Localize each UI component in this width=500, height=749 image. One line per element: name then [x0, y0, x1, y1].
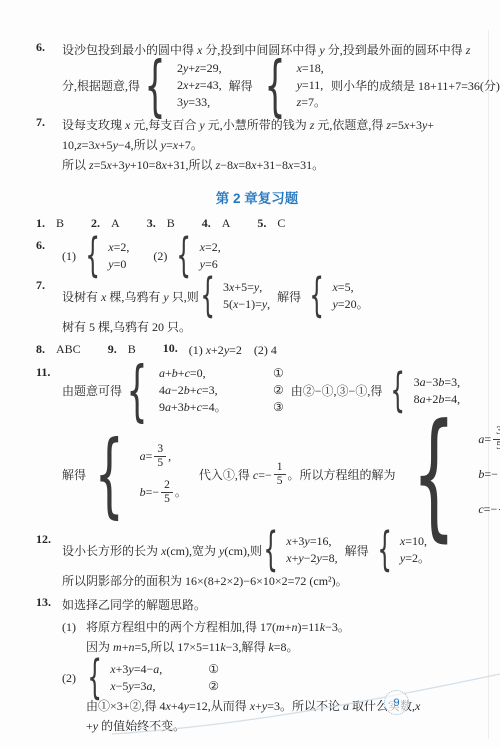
- left-brace: {: [391, 373, 406, 409]
- equation: y=11,: [297, 77, 326, 94]
- problem-7-solution: 7. 设每支玫瑰 x 元,每支百合 y 元,小慧所带的钱为 z 元,依题意,得 …: [36, 115, 478, 175]
- equation-system: { x=18, y=11, z=7。: [260, 60, 326, 111]
- answer-number: 10.: [163, 341, 178, 358]
- solution-text: 10,z=3x+5y−4,所以 y=x+7。: [62, 135, 478, 155]
- page-content: 6. 设沙包投到最小的圆中得 x 分,投到中间圆环中得 y 分,投到最外面的圆环…: [36, 40, 478, 740]
- solution-text: 如选择乙同学的解题思路。: [62, 595, 478, 615]
- part-label: (2): [153, 249, 167, 264]
- answer-letter: B: [56, 216, 64, 231]
- decorative-curve: [0, 660, 500, 749]
- solution-text: 则小华的成绩是 18+11+7=36(分)。: [331, 77, 500, 94]
- answer-number: 5.: [257, 216, 266, 231]
- equation: x+3y=16,: [286, 533, 337, 550]
- solution-text: 所以 z=5x+3y+10=8x+31,所以 z−8x=8x+31−8x=31。: [62, 155, 478, 175]
- problem-number: 7.: [36, 278, 62, 293]
- part-label: (1): [62, 249, 76, 264]
- answer-letter: A: [111, 216, 120, 231]
- answer-item: 8.ABC: [36, 342, 81, 357]
- left-brace: {: [95, 439, 124, 511]
- denominator: 5: [274, 475, 286, 488]
- solution-text: 将原方程组中的两个方程相加,得 17(m+n)=11k−3。: [86, 617, 350, 637]
- left-brace: {: [145, 60, 166, 111]
- left-brace: {: [310, 278, 325, 314]
- part-1: (1) 将原方程组中的两个方程相加,得 17(m+n)=11k−3。 因为 m+…: [62, 617, 478, 657]
- equation-system: { 2y+z=29, 2x+z=43, 3y=33,: [140, 60, 222, 111]
- equation: x=2,: [200, 239, 221, 256]
- answer-number: 9.: [108, 342, 117, 357]
- problem-number: 7.: [36, 115, 62, 130]
- equation-row: (1) { x=2, y=0 (2) { x=2, y=6: [62, 238, 478, 274]
- solution-text: 解得: [62, 466, 86, 483]
- answer-letter: C: [277, 216, 285, 231]
- problem-body: 设沙包投到最小的圆中得 x 分,投到中间圆环中得 y 分,投到最外面的圆环中得 …: [62, 40, 478, 111]
- equation: x=18,: [297, 60, 326, 77]
- equation: y=20。: [332, 296, 368, 313]
- equation-system: { 3x+5=y, 5(x−1)=y,: [199, 278, 270, 314]
- answer-text: (1) x+2y=2 (2) 4: [189, 341, 277, 358]
- equation-system: { x=2, y=0: [84, 238, 129, 274]
- denominator: 5: [493, 440, 500, 453]
- left-brace: {: [177, 238, 192, 274]
- answer-letter: A: [222, 216, 231, 231]
- solution-text: 代入①,得 c=−: [199, 466, 272, 483]
- left-brace: {: [264, 60, 285, 111]
- equation: 4a−2b+c=3,: [159, 382, 271, 399]
- numerator: 3: [493, 425, 500, 439]
- left-brace: {: [200, 278, 215, 314]
- fraction: 25: [161, 479, 173, 506]
- part-label: (1): [62, 617, 86, 637]
- book-page: 6. 设沙包投到最小的圆中得 x 分,投到中间圆环中得 y 分,投到最外面的圆环…: [0, 0, 500, 749]
- equation-tag: ②: [273, 382, 284, 399]
- multiple-choice-answers-1-5: 1.B 2.A 3.B 4.A 5.C: [36, 216, 478, 231]
- left-brace: {: [263, 532, 278, 568]
- equation: y=0: [108, 256, 129, 273]
- denominator: 5: [161, 493, 173, 506]
- solution-text: 树有 5 棵,乌鸦有 20 只。: [62, 317, 478, 337]
- equation-row: 分,根据题意,得 { 2y+z=29, 2x+z=43, 3y=33, 解得 {: [62, 60, 478, 111]
- equation: a=: [140, 448, 153, 465]
- numerator: 2: [161, 479, 173, 493]
- numerator: 3: [154, 443, 166, 457]
- answer-number: 8.: [36, 342, 45, 357]
- answer-number: 1.: [36, 216, 45, 231]
- page-edge-shadow: [488, 30, 489, 739]
- equation: c=−: [478, 501, 497, 518]
- solution-text: 解得: [345, 542, 369, 559]
- equation: b=−: [478, 466, 498, 483]
- fraction: 35: [493, 425, 500, 452]
- punctuation: ,: [168, 448, 171, 465]
- solution-text: 分,根据题意,得: [62, 77, 140, 94]
- problem-body: 设每支玫瑰 x 元,每支百合 y 元,小慧所带的钱为 z 元,依题意,得 z=5…: [62, 115, 478, 175]
- answer-item: 4.A: [202, 216, 231, 231]
- equation: 3y=33,: [177, 94, 222, 111]
- equation: x=5,: [332, 279, 368, 296]
- answer-number: 4.: [202, 216, 211, 231]
- equation: a=: [478, 431, 491, 448]
- left-brace: {: [127, 365, 148, 416]
- equation-system: { a=35, b=−25。: [86, 439, 187, 511]
- left-brace: {: [377, 532, 392, 568]
- answer-item: 1.B: [36, 216, 64, 231]
- left-brace: {: [85, 238, 100, 274]
- problem-number: 12.: [36, 532, 62, 547]
- equation: b=−: [140, 484, 160, 501]
- equation: 2y+z=29,: [177, 60, 222, 77]
- problem-number: 6.: [36, 40, 62, 55]
- equation: 3x+5=y,: [223, 279, 270, 296]
- solution-text: 由②−①,③−①,得: [291, 382, 383, 399]
- solution-text: 解得: [229, 77, 253, 94]
- punctuation: 。: [175, 484, 187, 501]
- answer-letter: B: [167, 216, 175, 231]
- fraction: 35: [154, 443, 166, 470]
- solution-text: 设小长方形的长为 x(cm),宽为 y(cm),则: [62, 542, 262, 559]
- numerator: 1: [274, 461, 286, 475]
- solution-text: 由题意可得: [62, 382, 122, 399]
- answer-letter: ABC: [56, 342, 81, 357]
- problem-7-answer: 7. 设树有 x 棵,乌鸦有 y 只,则 { 3x+5=y, 5(x−1)=y,…: [36, 278, 478, 337]
- answer-item: 3.B: [147, 216, 175, 231]
- equation-system: { x=5, y=20。: [308, 278, 368, 314]
- answer-item: 10.(1) x+2y=2 (2) 4: [163, 341, 277, 358]
- equation: 9a+3b+c=4。: [159, 399, 271, 416]
- equation: x+y−2y=8,: [286, 550, 337, 567]
- equation: x=2,: [108, 239, 129, 256]
- fraction: 15: [274, 461, 286, 488]
- equation-row: 设树有 x 棵,乌鸦有 y 只,则 { 3x+5=y, 5(x−1)=y, 解得…: [62, 278, 478, 314]
- problem-number: 6.: [36, 238, 62, 253]
- problem-number: 11.: [36, 365, 62, 380]
- equation-system: { a=35, b=−25, c=−15。: [396, 421, 500, 529]
- equation: 2x+z=43,: [177, 77, 222, 94]
- problem-6-answer: 6. (1) { x=2, y=0 (2) { x=: [36, 238, 478, 274]
- equation: 3a−3b=3,: [414, 374, 461, 391]
- equation-system: { x+3y=16, x+y−2y=8,: [262, 532, 338, 568]
- equation-tag: ①: [273, 365, 284, 382]
- solution-text: 设树有 x 棵,乌鸦有 y 只,则: [62, 288, 199, 305]
- solution-text: 。所以方程组的解为: [288, 466, 396, 483]
- problem-number: 13.: [36, 595, 62, 610]
- denominator: 5: [154, 457, 166, 470]
- equation-tag: ③: [273, 399, 284, 416]
- equation: z=7。: [297, 94, 326, 111]
- solve-row: 解得 { a=35, b=−25。 代入①,得 c=− 15 。所以方程组的解为…: [62, 421, 478, 529]
- answer-item: 5.C: [257, 216, 285, 231]
- left-brace: {: [411, 421, 455, 529]
- solution-text: 因为 m+n=5,所以 17×5=11k−3,解得 k=8。: [86, 637, 350, 657]
- problem-11-solution: 11. 由题意可得 { a+b+c=0,① 4a−2b+c=3,② 9a+3b+…: [36, 365, 478, 528]
- chapter-review-heading: 第 2 章复习题: [36, 187, 478, 207]
- page-number-badge: 9: [384, 690, 409, 715]
- equation-system: { a+b+c=0,① 4a−2b+c=3,② 9a+3b+c=4。③: [122, 365, 284, 416]
- solution-text: 解得: [277, 288, 301, 305]
- equation: a+b+c=0,: [159, 365, 271, 382]
- problem-6-solution: 6. 设沙包投到最小的圆中得 x 分,投到中间圆环中得 y 分,投到最外面的圆环…: [36, 40, 478, 111]
- answers-8-10: 8.ABC 9.B 10.(1) x+2y=2 (2) 4: [36, 341, 478, 358]
- answer-number: 3.: [147, 216, 156, 231]
- equation: 5(x−1)=y,: [223, 296, 270, 313]
